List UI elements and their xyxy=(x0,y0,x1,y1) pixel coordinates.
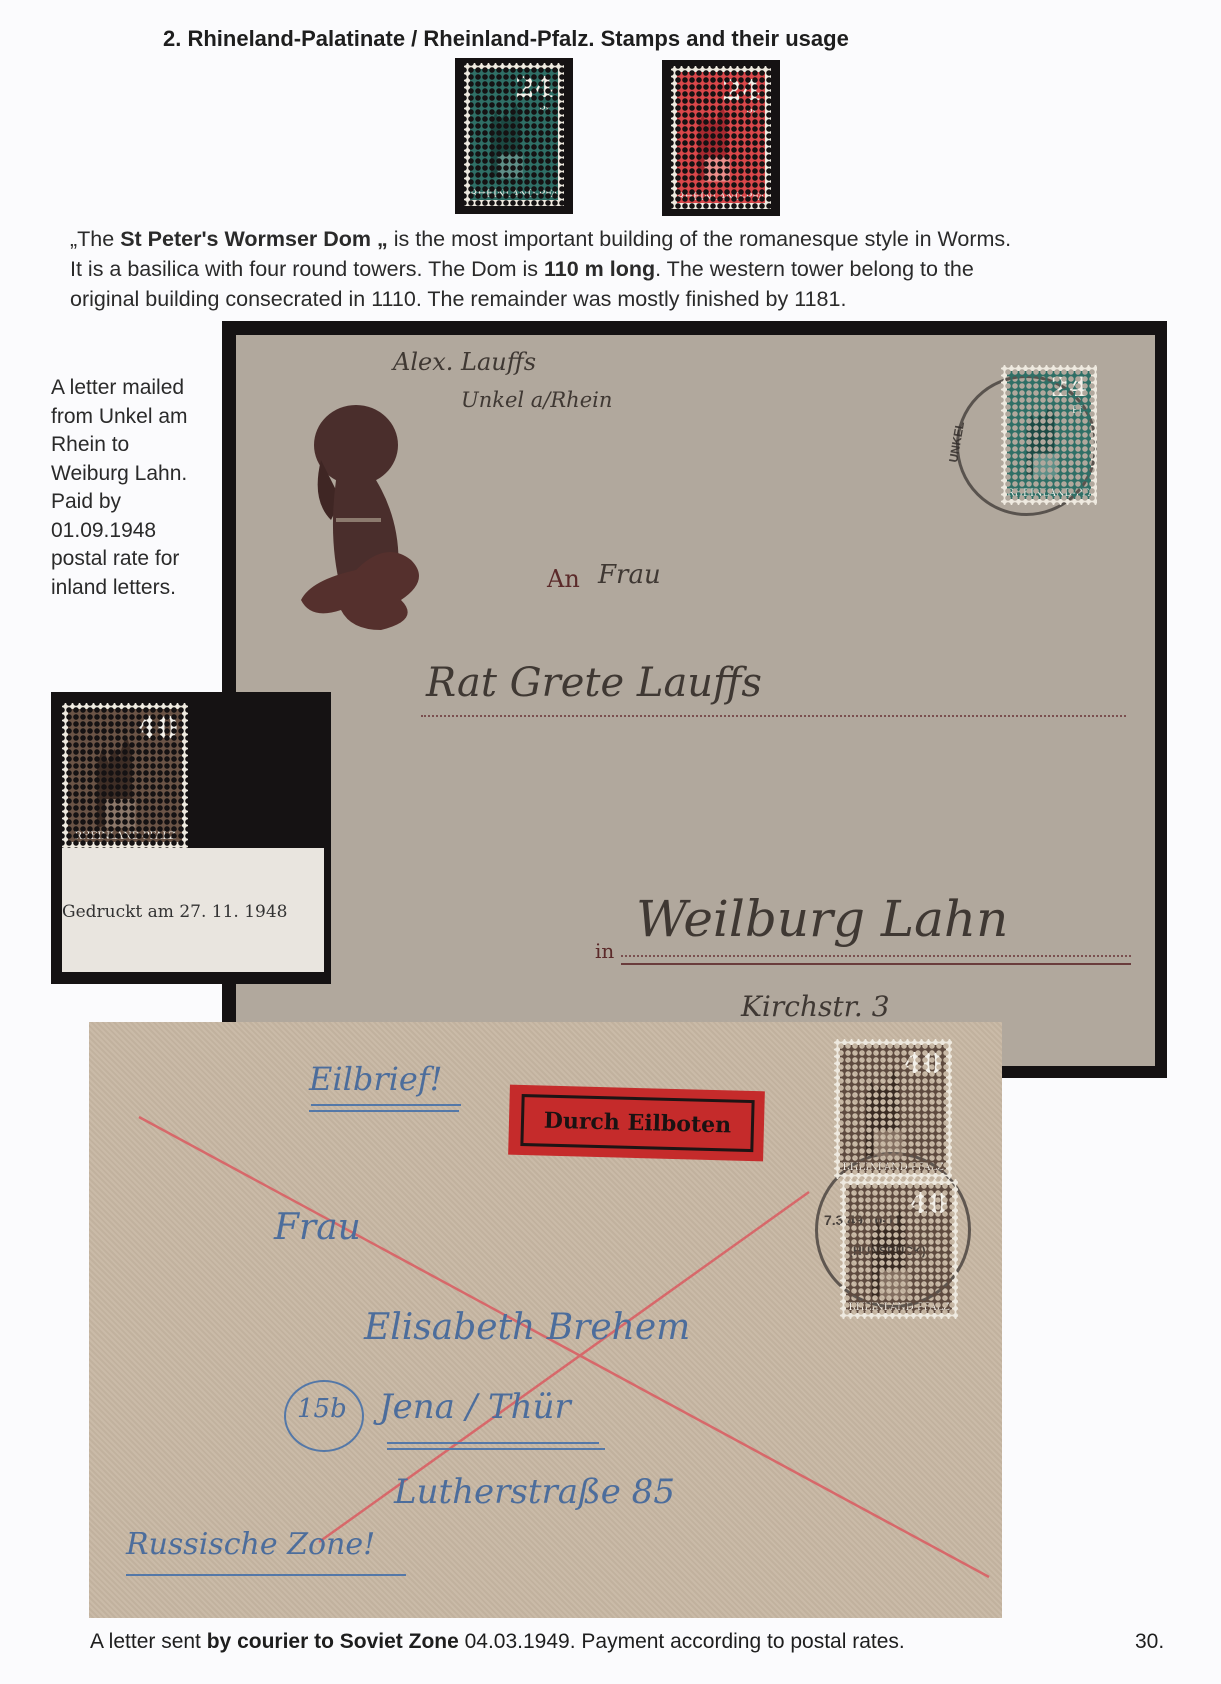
cathedral-icon xyxy=(859,1069,917,1159)
cover2-stamp-top: 40 RHEINLAND-PFALZ xyxy=(834,1039,952,1179)
postal-zone: 15b xyxy=(297,1394,347,1424)
cathedral-icon xyxy=(693,97,741,189)
addressee-name: Rat Grete Lauffs xyxy=(426,660,762,706)
cathedral-icon xyxy=(1022,395,1068,485)
destination-street: Kirchstr. 3 xyxy=(741,990,890,1023)
city-line-dotted xyxy=(621,955,1131,957)
cathedral-icon xyxy=(865,1209,923,1299)
header-stamp-green: 24 Pf. RHEINLAND-PFALZ xyxy=(464,63,564,206)
addressee-title: Frau xyxy=(598,560,661,590)
print-date-imprint: Gedruckt am 27. 11. 1948 xyxy=(62,902,287,922)
side-note: A letter mailed from Unkel am Rhein to W… xyxy=(51,374,221,602)
description: „The St Peter's Wormser Dom „ is the mos… xyxy=(70,224,1180,314)
addressee-name: Elisabeth Brehem xyxy=(364,1307,690,1348)
cover1-envelope: Alex. Lauffs Unkel a/Rhein UNKEL 24 Pf. … xyxy=(236,335,1155,1066)
express-note: Eilbrief! xyxy=(309,1060,442,1098)
express-label: Durch Eilboten xyxy=(508,1085,765,1162)
printed-an: An xyxy=(547,565,580,593)
sender-town: Unkel a/Rhein xyxy=(461,388,612,412)
footer-caption: A letter sent by courier to Soviet Zone … xyxy=(90,1630,905,1654)
addressee-title: Frau xyxy=(274,1207,361,1248)
cover1-stamp: 24 Pf. RHEINLAND-PFALZ xyxy=(1001,365,1097,505)
city-line-solid xyxy=(621,963,1131,965)
printed-in: in xyxy=(595,939,614,963)
selvedge-stamp: 40 RHEINLAND-PFALZ xyxy=(62,703,188,848)
cover2-stamp-bottom: 40 RHEINLAND-PFALZ xyxy=(840,1179,958,1319)
address-line xyxy=(421,715,1126,717)
cover2-envelope: Eilbrief! Durch Eilboten 7.3.49.10-11 (H… xyxy=(89,1022,1002,1618)
destination-city: Jena / Thür xyxy=(379,1387,571,1427)
dog-illustration xyxy=(296,400,446,640)
sender-name: Alex. Lauffs xyxy=(393,348,536,376)
destination-city: Weilburg Lahn xyxy=(636,890,1008,948)
cathedral-icon xyxy=(486,94,534,186)
destination-street: Lutherstraße 85 xyxy=(394,1472,675,1512)
cathedral-icon xyxy=(89,735,152,828)
header-stamp-red: 24 Pf. RHEINLAND-PFALZ xyxy=(671,66,771,209)
page-title: 2. Rhineland-Palatinate / Rheinland-Pfal… xyxy=(163,26,849,52)
page-number: 30. xyxy=(1135,1630,1164,1654)
zone-note: Russische Zone! xyxy=(126,1527,375,1562)
